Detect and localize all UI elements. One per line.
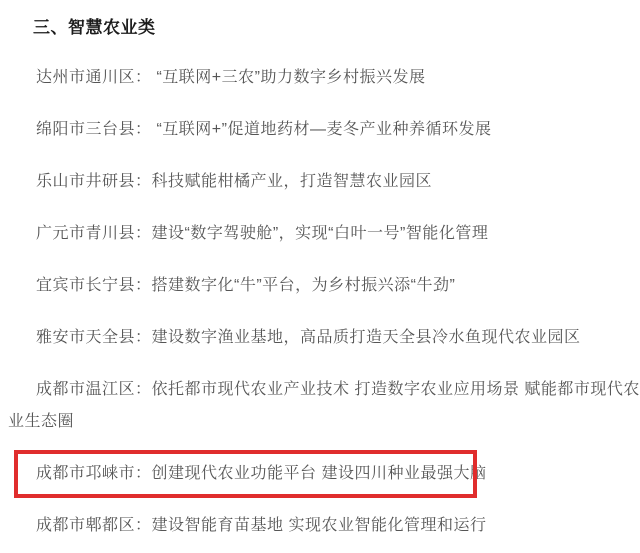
list-item-yaan-tianquan: 雅安市天全县：建设数字渔业基地，高品质打造天全县冷水鱼现代农业园区 [8,322,640,354]
list-item-leshan-jingyan: 乐山市井研县：科技赋能柑橘产业，打造智慧农业园区 [8,166,640,198]
list-item-chengdu-pidu: 成都市郫都区：建设智能育苗基地 实现农业智能化管理和运行 [8,510,640,542]
list-item-text: 成都市邛崃市：创建现代农业功能平台 建设四川种业最强大脑 [36,465,486,482]
document-page: 三、智慧农业类 达州市通川区： “互联网+三农”助力数字乡村振兴发展 绵阳市三台… [0,0,640,553]
list-item-guangyuan-qingchuan: 广元市青川县：建设“数字驾驶舱”，实现“白叶一号”智能化管理 [8,218,640,250]
list-item-chengdu-qionglai: 成都市邛崃市：创建现代农业功能平台 建设四川种业最强大脑 [8,458,640,490]
section-heading: 三、智慧农业类 [8,16,640,40]
list-item-dazhou-tongchuan: 达州市通川区： “互联网+三农”助力数字乡村振兴发展 [8,62,640,94]
list-item-mianyang-santai: 绵阳市三台县： “互联网+”促道地药材—麦冬产业种养循环发展 [8,114,640,146]
list-item-yibin-changning: 宜宾市长宁县：搭建数字化“牛”平台，为乡村振兴添“牛劲” [8,270,640,302]
list-item-chengdu-wenjiang: 成都市温江区：依托都市现代农业产业技术 打造数字农业应用场景 赋能都市现代农业生… [8,374,640,438]
